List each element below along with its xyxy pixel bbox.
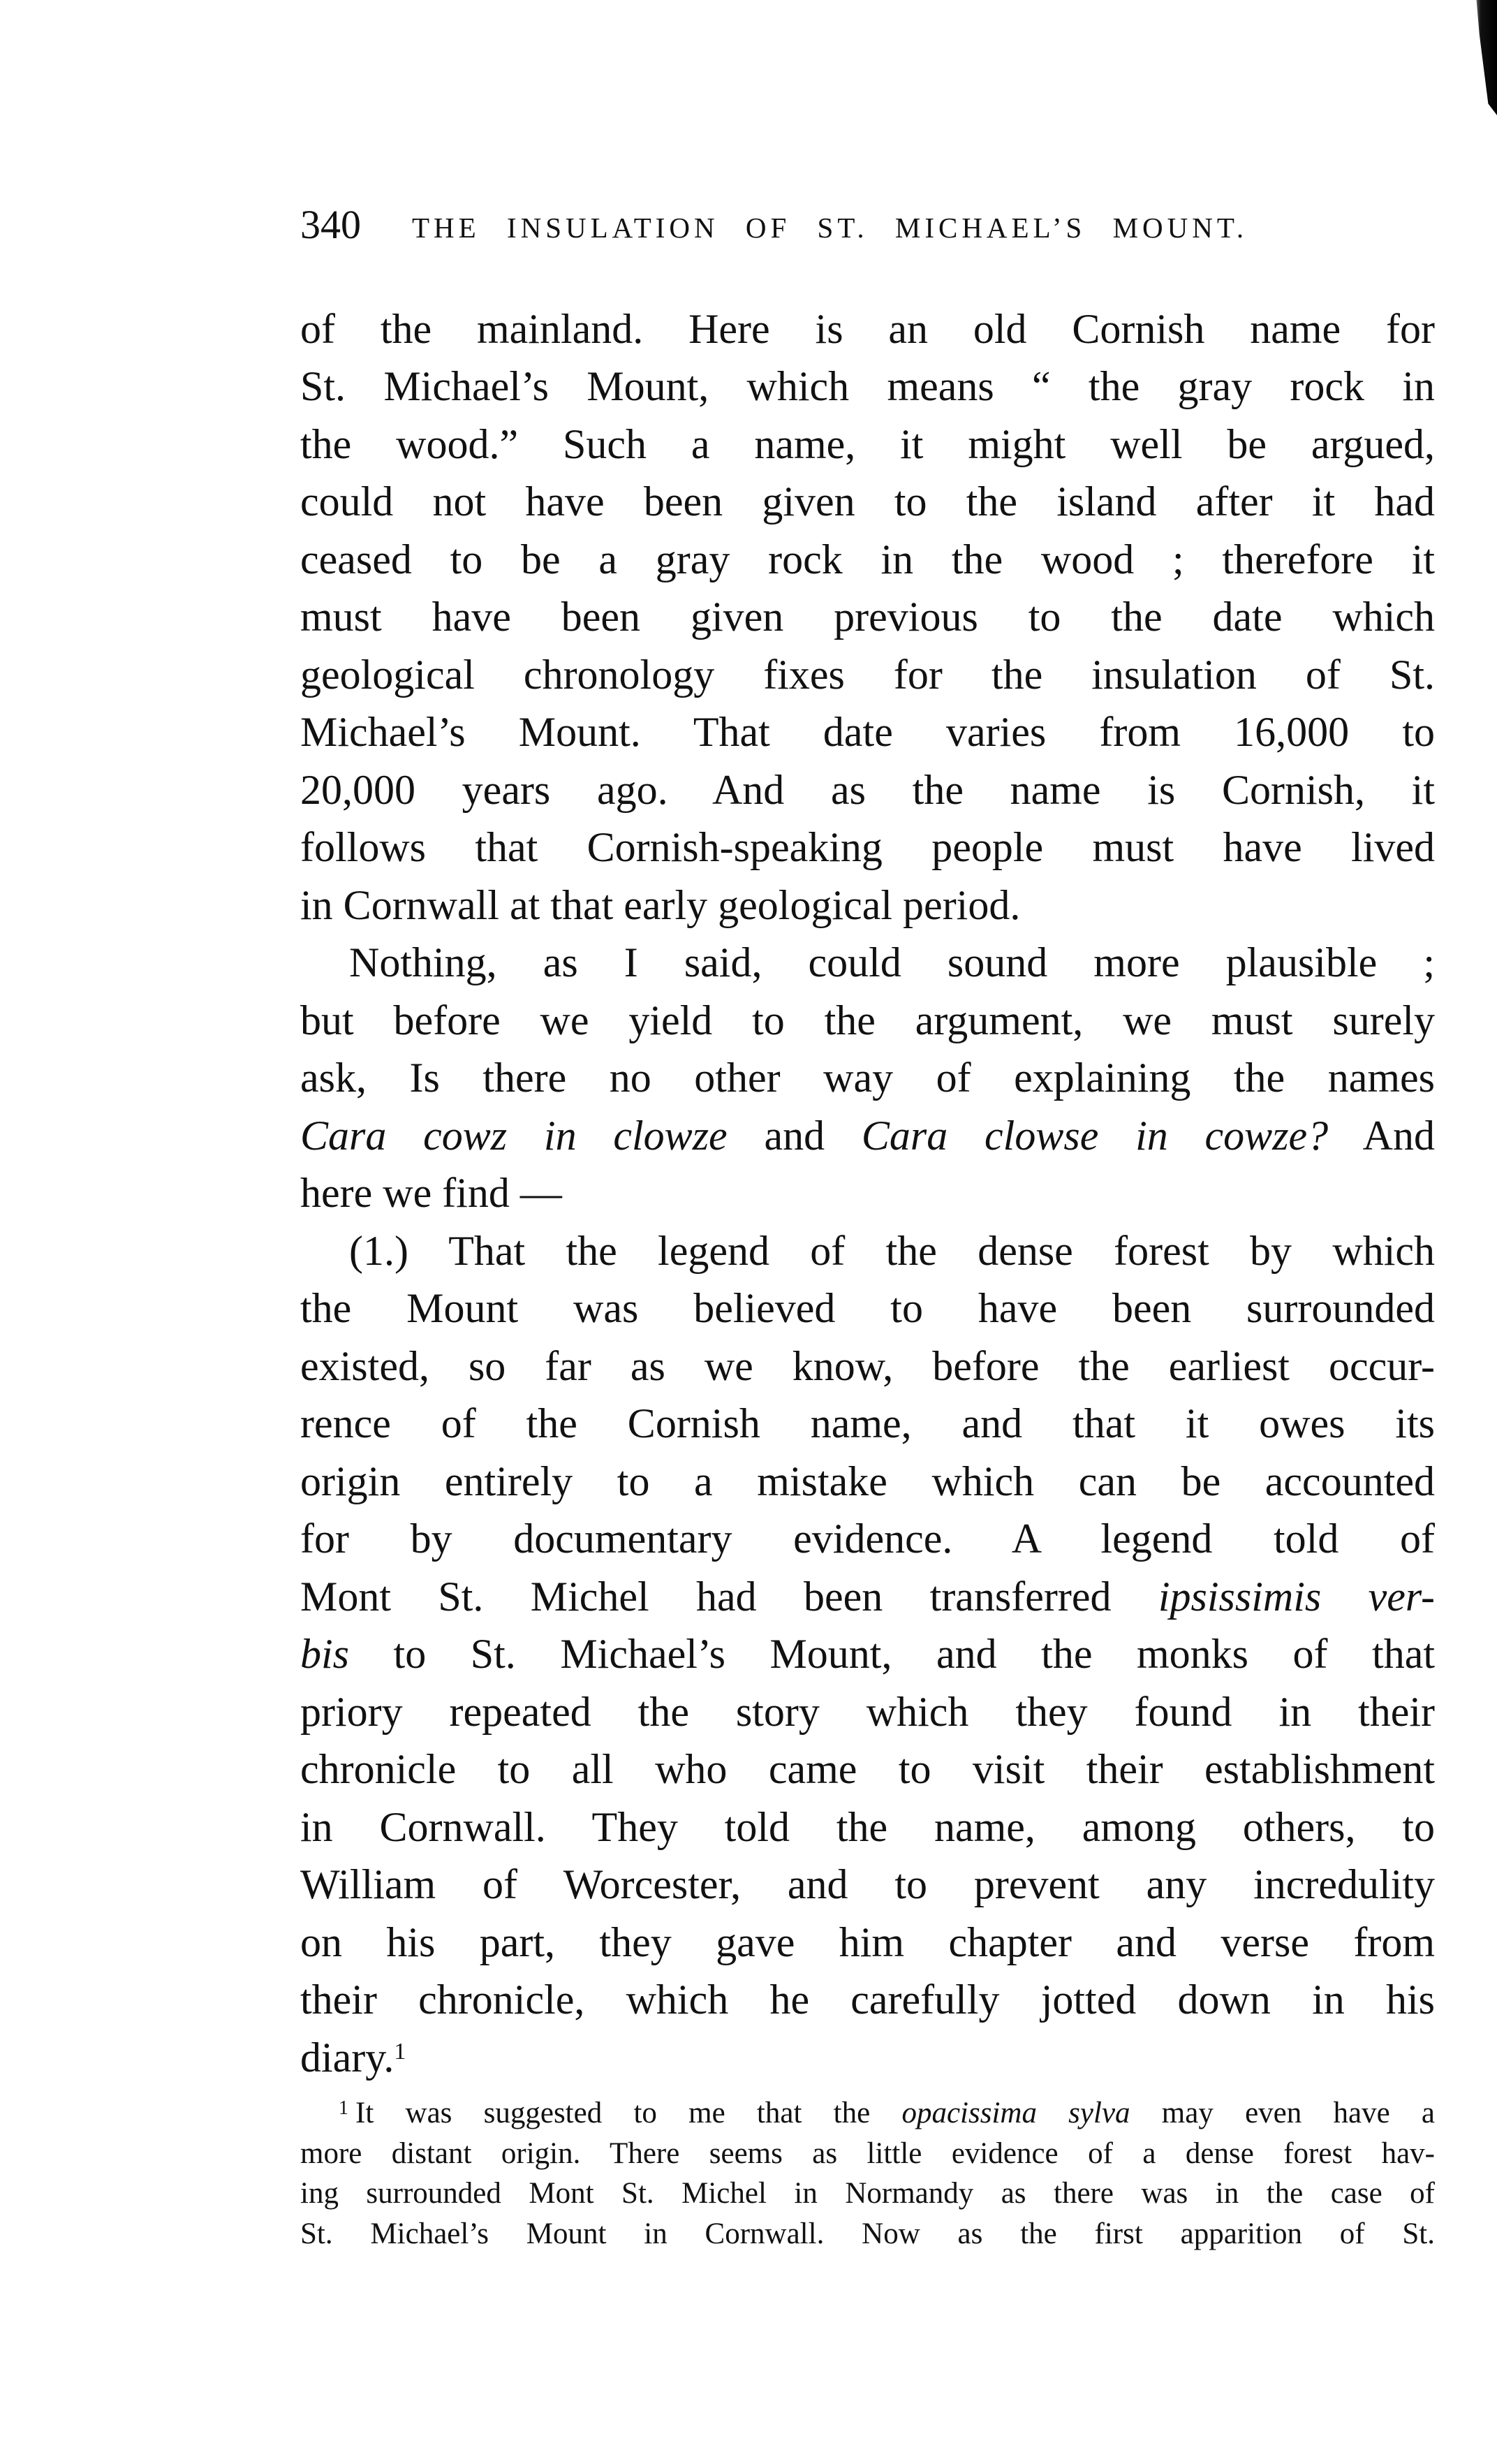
text-line: chronicle to all who came to visit their…	[300, 1740, 1435, 1798]
text-fragment: It was suggested to me that the	[355, 2097, 901, 2129]
text-line: Michael’s Mount. That date varies from 1…	[300, 703, 1435, 761]
text-line: ceased to be a gray rock in the wood ; t…	[300, 531, 1435, 588]
italic-latin-phrase-end: bis	[300, 1631, 349, 1677]
text-line: on his part, they gave him chapter and v…	[300, 1914, 1435, 1971]
text-fragment: to St. Michael’s Mount, and the monks of…	[349, 1631, 1435, 1677]
text-line: diary.1	[300, 2029, 1435, 2086]
text-line: origin entirely to a mistake which can b…	[300, 1453, 1435, 1510]
paragraph-start-line: Nothing, as I said, could sound more pla…	[300, 934, 1435, 991]
text-line: in Cornwall. They told the name, among o…	[300, 1798, 1435, 1856]
text-fragment: diary.	[300, 2034, 394, 2081]
text-fragment: Mont St. Michel had been transferred	[300, 1574, 1158, 1620]
text-line: existed, so far as we know, before the e…	[300, 1337, 1435, 1395]
text-line: here we find —	[300, 1164, 1435, 1222]
text-line: the Mount was believed to have been surr…	[300, 1279, 1435, 1337]
text-line: follows that Cornish-speaking people mus…	[300, 819, 1435, 876]
text-line: ask, Is there no other way of explaining…	[300, 1049, 1435, 1106]
paragraph-start-line: (1.) That the legend of the dense forest…	[300, 1222, 1435, 1279]
text-fragment: And	[1328, 1113, 1435, 1159]
text-line: could not have been given to the island …	[300, 473, 1435, 530]
footnote-line: more distant origin. There seems as litt…	[300, 2134, 1435, 2173]
text-line-with-italics: bis to St. Michael’s Mount, and the monk…	[300, 1625, 1435, 1682]
italic-latin-phrase: opacissima sylva	[901, 2097, 1130, 2129]
footnote-marker: 1	[339, 2097, 348, 2119]
footnote-line: ing surrounded Mont St. Michel in Norman…	[300, 2173, 1435, 2213]
text-line: the wood.” Such a name, it might well be…	[300, 416, 1435, 473]
text-line: for by documentary evidence. A legend to…	[300, 1510, 1435, 1567]
text-fragment: and	[728, 1113, 862, 1159]
text-line-with-italics: Cara cowz in clowze and Cara clowse in c…	[300, 1107, 1435, 1164]
text-line: in Cornwall at that early geological per…	[300, 877, 1435, 934]
text-line: must have been given previous to the dat…	[300, 588, 1435, 645]
text-line: their chronicle, which he carefully jott…	[300, 1971, 1435, 2028]
running-head: 340 THE INSULATION OF ST. MICHAEL’S MOUN…	[300, 204, 1435, 246]
text-line: but before we yield to the argument, we …	[300, 992, 1435, 1049]
text-line: priory repeated the story which they fou…	[300, 1683, 1435, 1740]
footnote-line: St. Michael’s Mount in Cornwall. Now as …	[300, 2214, 1435, 2254]
text-line: geological chronology fixes for the insu…	[300, 646, 1435, 703]
italic-latin-phrase: ipsissimis ver-	[1158, 1574, 1435, 1620]
footnote-reference: 1	[394, 2039, 406, 2065]
footnote-line: 1It was suggested to me that the opaciss…	[300, 2093, 1435, 2133]
book-page: 340 THE INSULATION OF ST. MICHAEL’S MOUN…	[0, 0, 1497, 2464]
scan-edge-artifact	[1468, 0, 1497, 115]
italic-cornish-name-2: Cara clowse in cowze?	[862, 1113, 1328, 1159]
page-number: 340	[300, 204, 361, 246]
text-line: rence of the Cornish name, and that it o…	[300, 1395, 1435, 1452]
text-fragment: may even have a	[1130, 2097, 1435, 2129]
italic-cornish-name-1: Cara cowz in clowze	[300, 1113, 728, 1159]
chapter-title: THE INSULATION OF ST. MICHAEL’S MOUNT.	[412, 211, 1248, 244]
text-line: of the mainland. Here is an old Cornish …	[300, 300, 1435, 358]
text-line: William of Worcester, and to prevent any…	[300, 1856, 1435, 1913]
text-line: St. Michael’s Mount, which means “ the g…	[300, 358, 1435, 415]
text-line-with-italics: Mont St. Michel had been transferred ips…	[300, 1568, 1435, 1625]
text-line: 20,000 years ago. And as the name is Cor…	[300, 761, 1435, 819]
